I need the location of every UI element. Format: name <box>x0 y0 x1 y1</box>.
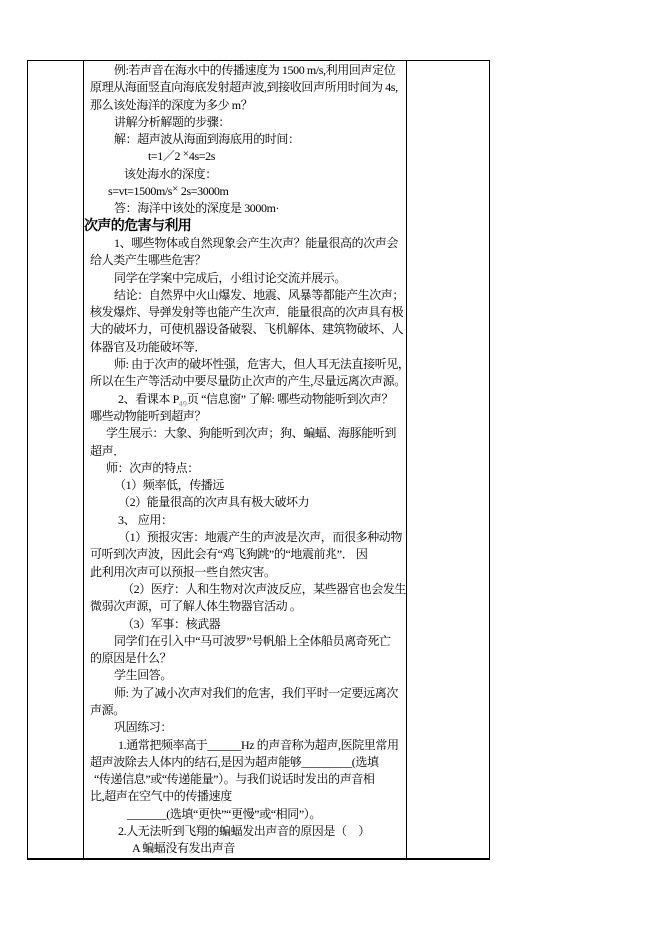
text-segment: 哪些动物能听到超声？ <box>90 409 206 423</box>
text-line: 比,超声在空气中的传播速度 <box>90 788 403 805</box>
text-segment: 微弱次声源，可了解人体生物器官活动 。 <box>90 599 301 613</box>
text-segment: 超声． <box>90 444 125 458</box>
text-segment: 比,超声在空气中的传播速度 <box>90 789 232 803</box>
text-line: 例:若声音在海水中的传播速度为 1500 m/s,利用回声定位 <box>114 62 403 79</box>
text-line: 1、哪些物体或自然现象会产生次声？能量很高的次声会 <box>114 235 403 252</box>
text-line: 师: 为了减小次声对我们的危害，我们平时一定要远离次 <box>114 685 403 702</box>
text-line: 3、 应用： <box>118 512 403 529</box>
text-segment: _______(选填“更快”“更慢”或“相同”）。 <box>127 807 321 821</box>
text-segment: s=vt=1500m/s <box>108 184 172 198</box>
text-segment: 学生回答。 <box>114 668 172 682</box>
text-line: 师：次声的特点： <box>106 460 403 477</box>
text-line: 那么该处海洋的深度为多少 m？ <box>90 97 403 114</box>
text-segment: t=1／2 <box>148 149 183 163</box>
text-line: 2.人无法听到飞翔的蝙蝠发出声音的原因是（ ） <box>118 823 403 840</box>
text-segment: 核发爆炸、导弹发射等也能产生次声．能量很高的次声具有极 <box>90 305 403 319</box>
text-segment: 师: 由于次声的破坏性强，危害大，但人耳无法直接听见， <box>114 357 407 371</box>
text-line: （2）能量很高的次声具有极大破坏力 <box>118 494 403 511</box>
text-segment: 此利用次声可以预报一些自然灾害。 <box>90 565 276 579</box>
text-line: 讲解分析解题的步骤： <box>114 114 403 131</box>
text-line: 给人类产生哪些危害？ <box>90 252 403 269</box>
multiplication-sign: × <box>183 148 189 160</box>
text-segment: “传递信息”或“传递能量”）。与我们说话时发出的声音相 <box>94 772 375 786</box>
text-line: 的原因是什么？ <box>90 650 403 667</box>
text-segment: 原理从海面竖直向海底发射超声波,到接收回声所用时间为 4s, <box>90 80 398 94</box>
text-line: 核发爆炸、导弹发射等也能产生次声．能量很高的次声具有极 <box>90 304 403 321</box>
text-line: 2、看课本 P49页 “信息窗” 了解: 哪些动物能听到次声？ <box>118 391 403 408</box>
text-segment: 2、看课本 P <box>118 392 179 406</box>
text-segment: 同学在学案中完成后，小组讨论交流并展示。 <box>114 271 346 285</box>
text-segment: （1）预报灾害：地震产生的声波是次声，而很多种动物 <box>118 530 402 544</box>
text-segment: 体器官及功能破坏等． <box>90 340 206 354</box>
text-line: 同学在学案中完成后，小组讨论交流并展示。 <box>114 270 403 287</box>
text-line: t=1／2 ×4s=2s <box>148 148 403 165</box>
text-segment: 学生展示：大象、狗能听到次声；狗、蝙蝠、海豚能听到 <box>106 426 396 440</box>
text-line: 结论：自然界中火山爆发、地震、风暴等都能产生次声； <box>114 287 403 304</box>
text-line: 解：超声波从海面到海底用的时间： <box>114 131 403 148</box>
text-segment: （1）频率低，传播远 <box>114 478 224 492</box>
lesson-plan-table: 例:若声音在海水中的传播速度为 1500 m/s,利用回声定位原理从海面竖直向海… <box>27 60 490 860</box>
text-line: 声源。 <box>90 702 403 719</box>
text-segment: 巩固练习： <box>114 720 172 734</box>
text-line: （3）军事：核武器 <box>122 616 403 633</box>
text-line: 超声波除去人体内的结石,是因为超声能够_________(选填 <box>90 754 403 771</box>
text-line: 此利用次声可以预报一些自然灾害。 <box>90 564 403 581</box>
text-segment: 大的破坏力，可使机器设备破裂、飞机解体、建筑物破坏、人 <box>90 322 403 336</box>
table-content-column: 例:若声音在海水中的传播速度为 1500 m/s,利用回声定位原理从海面竖直向海… <box>84 61 407 858</box>
text-segment: 可听到次声波，因此会有“鸡飞狗跳”的“地震前兆”． 因 <box>90 547 368 561</box>
text-line: “传递信息”或“传递能量”）。与我们说话时发出的声音相 <box>94 771 403 788</box>
text-segment: 同学们在引入中“马可波罗”号帆船上全体船员离奇死亡 <box>114 634 391 648</box>
text-segment: 的原因是什么？ <box>90 651 171 665</box>
text-line: 体器官及功能破坏等． <box>90 339 403 356</box>
text-line: A 蝙蝠没有发出声音 <box>132 840 403 857</box>
text-segment: 例:若声音在海水中的传播速度为 1500 m/s,利用回声定位 <box>114 63 395 77</box>
text-segment: 师: 为了减小次声对我们的危害，我们平时一定要远离次 <box>114 686 398 700</box>
text-line: _______(选填“更快”“更慢”或“相同”）。 <box>127 806 403 823</box>
text-segment: 页 “信息窗” 了解: 哪些动物能听到次声？ <box>187 392 393 406</box>
text-line: 师: 由于次声的破坏性强，危害大，但人耳无法直接听见， <box>114 356 403 373</box>
table-right-column <box>407 61 489 858</box>
text-segment: 给人类产生哪些危害？ <box>90 253 206 267</box>
text-line: 超声． <box>90 443 403 460</box>
text-line: （2）医疗：人和生物对次声波反应，某些器官也会发生 <box>122 581 403 598</box>
text-segment: 解：超声波从海面到海底用的时间： <box>114 132 300 146</box>
text-segment: 1、哪些物体或自然现象会产生次声？能量很高的次声会 <box>114 236 398 250</box>
text-segment: 次声的危害与利用 <box>84 219 191 234</box>
text-segment: 结论：自然界中火山爆发、地震、风暴等都能产生次声； <box>114 288 404 302</box>
text-line: （1）预报灾害：地震产生的声波是次声，而很多种动物 <box>118 529 403 546</box>
text-segment: （3）军事：核武器 <box>122 617 220 631</box>
text-segment: 1.通常把频率高于______Hz 的声音称为超声,医院里常用 <box>118 738 399 752</box>
text-line: 微弱次声源，可了解人体生物器官活动 。 <box>90 598 403 615</box>
text-segment: 该处海水的深度： <box>124 167 217 181</box>
text-segment: 师：次声的特点： <box>106 461 199 475</box>
text-segment: 所以在生产等活动中要尽量防止次声的产生,尽量远离次声源。 <box>90 374 406 388</box>
text-line: 哪些动物能听到超声？ <box>90 408 403 425</box>
text-line: 该处海水的深度： <box>124 166 403 183</box>
text-line: 答：海洋中该处的深度是 3000m· <box>114 200 403 217</box>
text-line: 同学们在引入中“马可波罗”号帆船上全体船员离奇死亡 <box>114 633 403 650</box>
text-line: 原理从海面竖直向海底发射超声波,到接收回声所用时间为 4s, <box>90 79 403 96</box>
text-segment: 那么该处海洋的深度为多少 m？ <box>90 98 252 112</box>
text-line: 1.通常把频率高于______Hz 的声音称为超声,医院里常用 <box>118 737 403 754</box>
text-line: 学生展示：大象、狗能听到次声；狗、蝙蝠、海豚能听到 <box>106 425 403 442</box>
section-heading-infrasound: 次声的危害与利用 <box>84 218 403 235</box>
text-segment: 3、 应用： <box>118 513 173 527</box>
text-line: （1）频率低，传播远 <box>114 477 403 494</box>
text-segment: 2s=3000m <box>178 184 228 198</box>
text-segment: 声源。 <box>90 703 125 717</box>
text-segment: 2.人无法听到飞翔的蝙蝠发出声音的原因是（ ） <box>118 824 370 838</box>
text-line: 学生回答。 <box>114 667 403 684</box>
text-segment: A 蝙蝠没有发出声音 <box>132 841 235 855</box>
text-segment: （2）能量很高的次声具有极大破坏力 <box>118 495 309 509</box>
page-number-subscript: 49 <box>179 399 187 408</box>
text-line: 所以在生产等活动中要尽量防止次声的产生,尽量远离次声源。 <box>90 373 403 390</box>
text-segment: 超声波除去人体内的结石,是因为超声能够_________(选填 <box>90 755 379 769</box>
text-segment: （2）医疗：人和生物对次声波反应，某些器官也会发生 <box>122 582 406 596</box>
text-line: 巩固练习： <box>114 719 403 736</box>
text-segment: 4s=2s <box>189 149 215 163</box>
text-segment: 答：海洋中该处的深度是 3000m· <box>114 201 279 215</box>
multiplication-sign: × <box>172 183 178 195</box>
text-line: s=vt=1500m/s× 2s=3000m <box>108 183 403 200</box>
text-line: 可听到次声波，因此会有“鸡飞狗跳”的“地震前兆”． 因 <box>90 546 403 563</box>
text-line: 大的破坏力，可使机器设备破裂、飞机解体、建筑物破坏、人 <box>90 321 403 338</box>
text-segment: 讲解分析解题的步骤： <box>114 115 230 129</box>
table-left-column <box>28 61 84 858</box>
